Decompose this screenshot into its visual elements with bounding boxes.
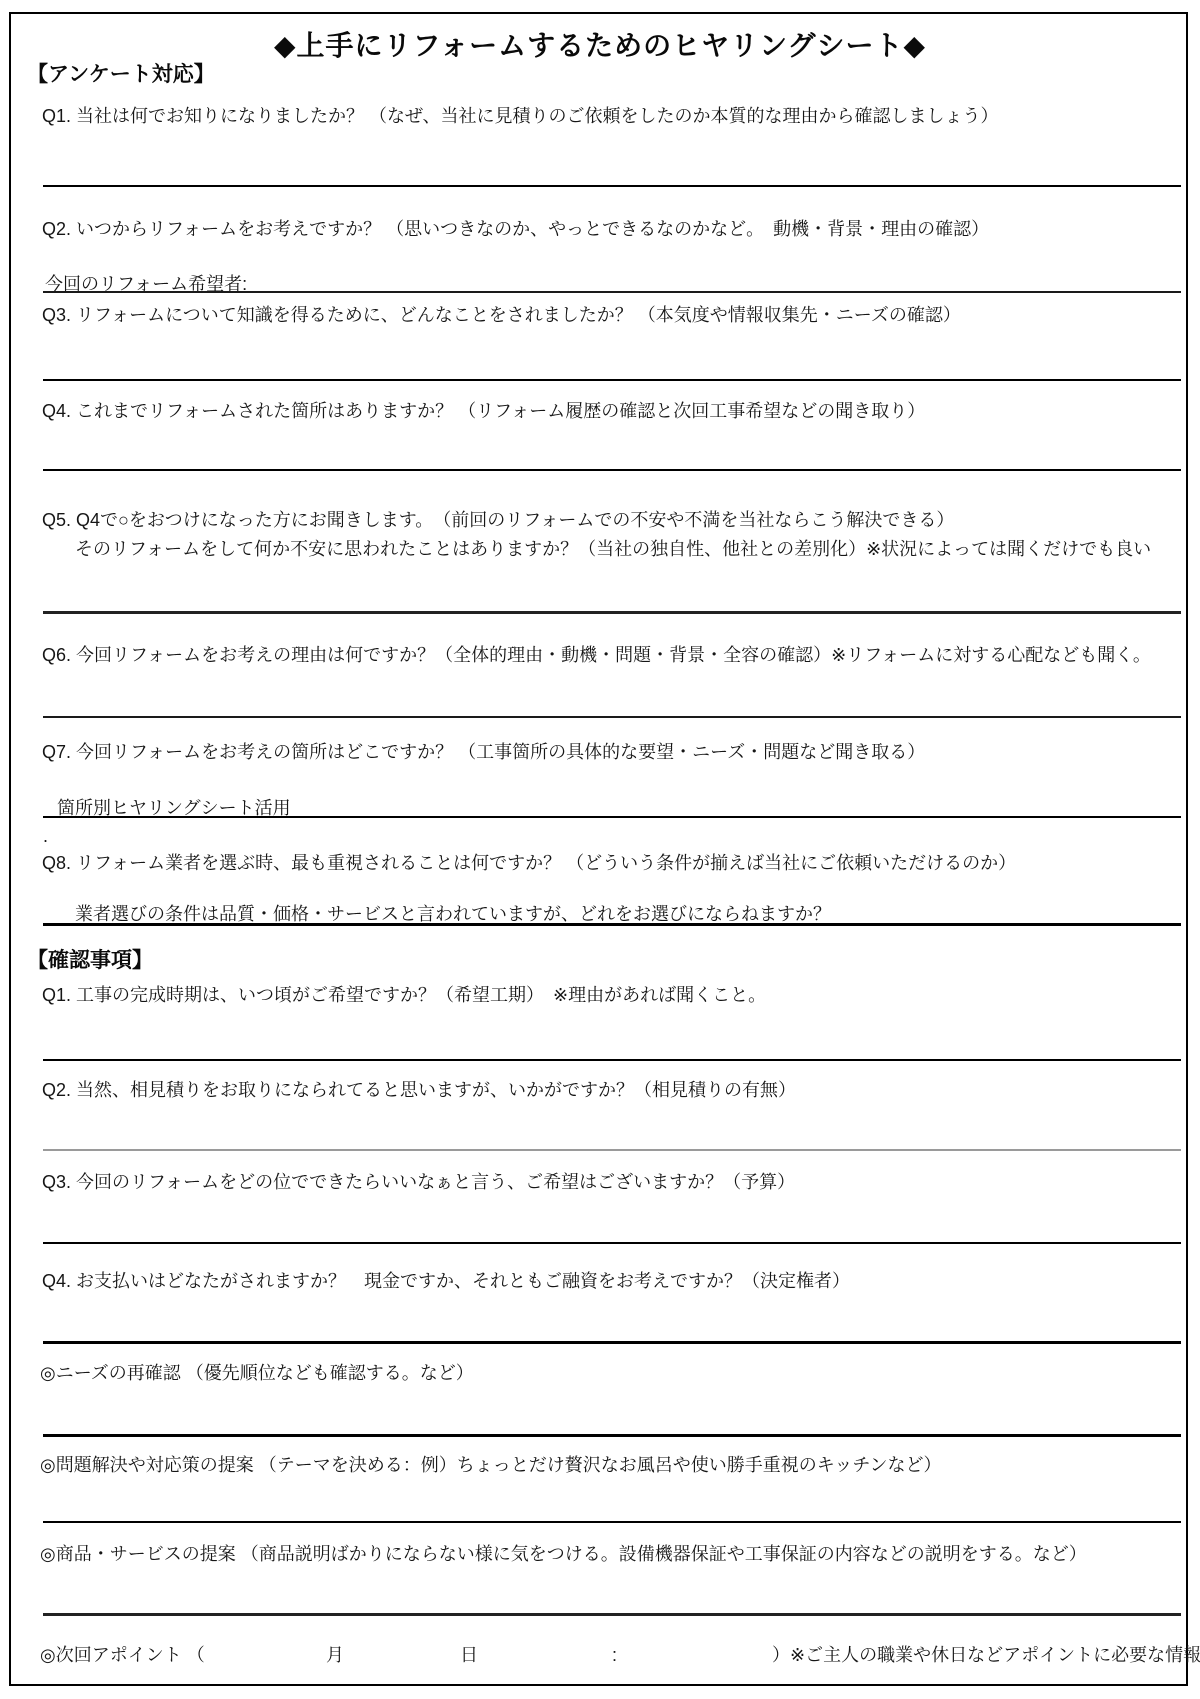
appointment-month-label: 月	[326, 1645, 344, 1665]
question-survey-q4: Q4. これまでリフォームされた箇所はありますか？ （リフォーム履歴の確認と次回…	[42, 401, 925, 421]
product-proposal-item: ◎商品・サービスの提案 （商品説明ばかりにならない様に気をつける。設備機器保証や…	[40, 1544, 1087, 1564]
answer-line-confirm-q3	[43, 1242, 1181, 1244]
answer-line-confirm-q1	[43, 1059, 1181, 1061]
hearing-sheet-page: ◆上手にリフォームするためのヒヤリングシート◆ 【アンケート対応】 Q1. 当社…	[0, 0, 1200, 1699]
appointment-label: ◎次回アポイント （	[40, 1645, 205, 1665]
answer-line-product-thick	[43, 1613, 1181, 1616]
appointment-colon: :	[612, 1645, 617, 1665]
question-confirm-q2: Q2. 当然、相見積りをお取りになられてると思いますが、いかがですか？（相見積り…	[42, 1080, 796, 1100]
applicant-fill-line	[43, 291, 1181, 293]
question-survey-q1: Q1. 当社は何でお知りになりましたか？ （なぜ、当社に見積りのご依頼をしたのか…	[42, 106, 998, 126]
answer-line-q4	[43, 469, 1181, 471]
answer-line-problem	[43, 1521, 1181, 1523]
question-survey-q5-sub: そのリフォームをして何か不安に思われたことはありますか？（当社の独自性、他社との…	[75, 539, 1151, 559]
question-survey-q8: Q8. リフォーム業者を選ぶ時、最も重視されることは何ですか？ （どういう条件が…	[42, 853, 1016, 873]
question-survey-q2: Q2. いつからリフォームをお考えですか？ （思いつきなのか、やっとできるなのか…	[42, 219, 989, 239]
needs-recheck-item: ◎ニーズの再確認 （優先順位なども確認する。など）	[40, 1363, 474, 1383]
question-confirm-q4: Q4. お支払いはどなたがされますか？ 現金ですか、それともご融資をお考えですか…	[42, 1271, 850, 1291]
question-survey-q7: Q7. 今回リフォームをお考えの箇所はどこですか？ （工事箇所の具体的な要望・ニ…	[42, 742, 925, 762]
answer-line-q6	[43, 716, 1181, 718]
answer-line-q1	[43, 185, 1181, 187]
appointment-day-label: 日	[460, 1645, 478, 1665]
sheet-usage-note: 箇所別ヒヤリングシート活用	[57, 798, 291, 818]
problem-proposal-item: ◎問題解決や対応策の提案 （テーマを決める：例）ちょっとだけ贅沢なお風呂や使い勝…	[40, 1455, 941, 1475]
sheet-usage-underline	[43, 816, 1181, 818]
section-heading-confirm: 【確認事項】	[27, 944, 153, 974]
question-confirm-q3: Q3. 今回のリフォームをどの位でできたらいいなぁと言う、ご希望はございますか？…	[42, 1172, 795, 1192]
appointment-close-note: ）※ご主人の職業や休日などアポイントに必要な情報	[772, 1645, 1200, 1665]
answer-line-q5-thick	[43, 611, 1181, 614]
section-heading-survey: 【アンケート対応】	[27, 58, 215, 88]
answer-line-needs	[43, 1434, 1181, 1437]
answer-line-confirm-q2	[43, 1149, 1181, 1151]
vendor-condition-underline	[43, 923, 1181, 926]
question-survey-q3: Q3. リフォームについて知識を得るために、どんなことをされましたか？ （本気度…	[42, 305, 961, 325]
answer-line-confirm-q4	[43, 1341, 1181, 1344]
answer-line-q3	[43, 379, 1181, 381]
question-survey-q6: Q6. 今回リフォームをお考えの理由は何ですか？（全体的理由・動機・問題・背景・…	[42, 645, 1151, 665]
stray-period: .	[43, 826, 48, 846]
vendor-condition-line: 業者選びの条件は品質・価格・サービスと言われていますが、どれをお選びにならねます…	[75, 904, 831, 924]
question-confirm-q1: Q1. 工事の完成時期は、いつ頃がご希望ですか？（希望工期） ※理由があれば聞く…	[42, 985, 766, 1005]
question-survey-q5: Q5. Q4で○をおつけになった方にお聞きします。 （前回のリフォームでの不安や…	[42, 510, 954, 530]
